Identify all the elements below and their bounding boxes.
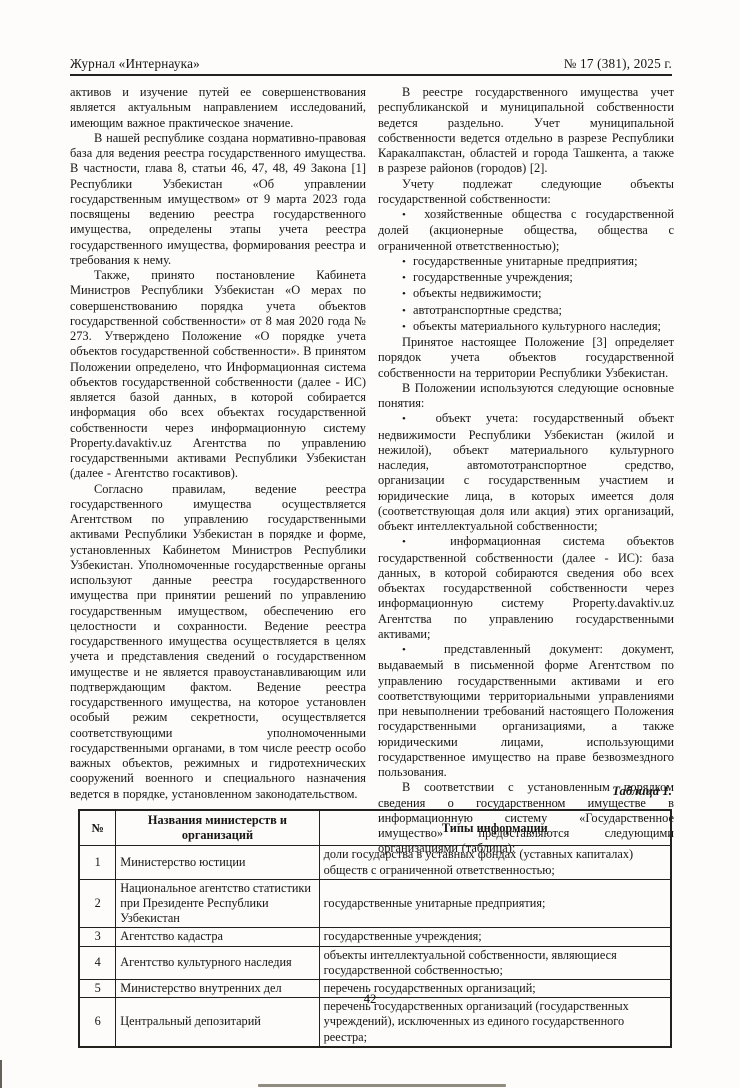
bullet-item: • объекты материального культурного насл…: [378, 319, 674, 335]
table-caption: Таблица 1.: [612, 784, 672, 799]
data-table: №Названия министерств и организацийТипы …: [78, 809, 672, 1048]
scan-artifact-strip: [258, 1084, 506, 1087]
bullet-item: • представленный документ: документ, выд…: [378, 642, 674, 780]
bullet-icon: •: [402, 288, 406, 300]
table-cell-info: доли государства в уставных фондах (уста…: [319, 846, 671, 879]
table-column-header: Типы информации: [319, 810, 671, 846]
bullet-icon: •: [402, 256, 406, 268]
table-cell-info: объекты интеллектуальной собственности, …: [319, 946, 671, 979]
table-cell-info: государственные учреждения;: [319, 928, 671, 946]
table-cell-info: государственные унитарные предприятия;: [319, 879, 671, 928]
paragraph: Учету подлежат следующие объекты государ…: [378, 177, 674, 208]
bullet-item: • информационная система объектов госуда…: [378, 534, 674, 642]
document-page: Журнал «Интернаука» № 17 (381), 2025 г. …: [0, 0, 740, 1088]
bullet-icon: •: [402, 272, 406, 284]
paragraph: Также, принято постановление Кабинета Ми…: [70, 268, 366, 482]
table-cell-organization: Агентство культурного наследия: [116, 946, 319, 979]
page-header: Журнал «Интернаука» № 17 (381), 2025 г.: [70, 56, 672, 76]
two-column-body: активов и изучение путей ее совершенство…: [70, 85, 674, 857]
page-number: 42: [0, 992, 740, 1007]
scan-artifact-edge: [0, 1060, 2, 1088]
bullet-icon: •: [402, 536, 406, 548]
journal-title: Журнал «Интернаука»: [70, 56, 200, 72]
bullet-item: • автотранспортные средства;: [378, 303, 674, 319]
bullet-icon: •: [402, 644, 406, 656]
bullet-item: • объект учета: государственный объект н…: [378, 411, 674, 534]
bullet-icon: •: [402, 305, 406, 317]
table-column-header: Названия министерств и организаций: [116, 810, 319, 846]
bullet-icon: •: [402, 413, 406, 425]
table-cell-organization: Министерство юстиции: [116, 846, 319, 879]
table-cell-num: 1: [79, 846, 116, 879]
table-cell-num: 4: [79, 946, 116, 979]
table-row: 4Агентство культурного наследияобъекты и…: [79, 946, 671, 979]
paragraph: Согласно правилам, ведение реестра госуд…: [70, 482, 366, 802]
paragraph: активов и изучение путей ее совершенство…: [70, 85, 366, 131]
bullet-item: • государственные унитарные предприятия;: [378, 254, 674, 270]
table-cell-num: 3: [79, 928, 116, 946]
table-cell-organization: Агентство кадастра: [116, 928, 319, 946]
table-body: 1Министерство юстициидоли государства в …: [79, 846, 671, 1047]
right-column: В реестре государственного имущества уче…: [378, 85, 674, 857]
paragraph: В нашей республике создана нормативно-пр…: [70, 131, 366, 268]
table-row: 2Национальное агентство статистики при П…: [79, 879, 671, 928]
table-cell-num: 2: [79, 879, 116, 928]
table-row: 3Агентство кадастрагосударственные учреж…: [79, 928, 671, 946]
bullet-item: • государственные учреждения;: [378, 270, 674, 286]
left-column: активов и изучение путей ее совершенство…: [70, 85, 366, 857]
bullet-icon: •: [402, 209, 406, 221]
table-header-row: №Названия министерств и организацийТипы …: [79, 810, 671, 846]
issue-number: № 17 (381), 2025 г.: [564, 56, 672, 72]
table-column-header: №: [79, 810, 116, 846]
paragraph: В Положении используются следующие основ…: [378, 381, 674, 412]
bullet-item: • объекты недвижимости;: [378, 286, 674, 302]
paragraph: Принятое настоящее Положение [3] определ…: [378, 335, 674, 381]
bullet-item: • хозяйственные общества с государственн…: [378, 207, 674, 254]
paragraph: В реестре государственного имущества уче…: [378, 85, 674, 177]
table-cell-organization: Национальное агентство статистики при Пр…: [116, 879, 319, 928]
bullet-icon: •: [402, 321, 406, 333]
table-row: 1Министерство юстициидоли государства в …: [79, 846, 671, 879]
table-header: №Названия министерств и организацийТипы …: [79, 810, 671, 846]
